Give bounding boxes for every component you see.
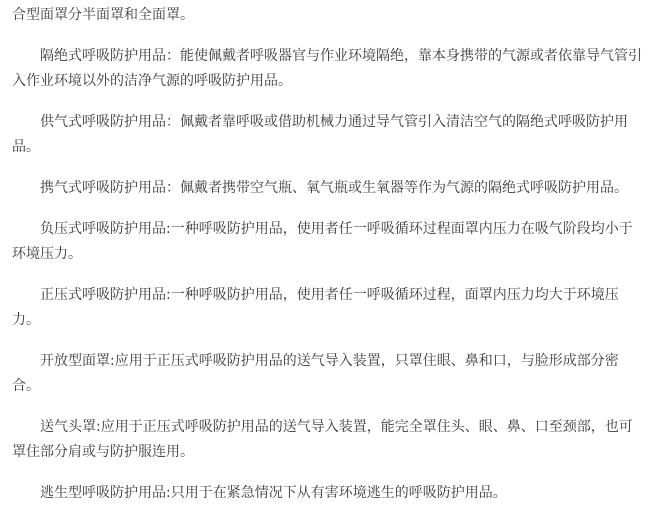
text-line: 环境压力。 [12, 242, 660, 267]
paragraph-mask-types-continuation: 合型面罩分半面罩和全面罩。 [12, 3, 660, 28]
paragraph-air-supplied-respirator: 供气式呼吸防护用品：佩戴者靠呼吸或借助机械力通过导气管引入清洁空气的隔绝式呼吸防… [12, 110, 660, 160]
text-line: 品。 [12, 135, 660, 160]
paragraph-positive-pressure-respirator: 正压式呼吸防护用品:一种呼吸防护用品，使用者任一呼吸循环过程，面罩内压力均大于环… [12, 283, 660, 333]
paragraph-open-type-facepiece: 开放型面罩:应用于正压式呼吸防护用品的送气导入装置，只罩住眼、鼻和口，与脸形成部… [12, 349, 660, 399]
text-line: 供气式呼吸防护用品：佩戴者靠呼吸或借助机械力通过导气管引入清洁空气的隔绝式呼吸防… [12, 110, 660, 135]
text-line: 送气头罩:应用于正压式呼吸防护用品的送气导入装置，能完全罩住头、眼、鼻、口至颈部… [12, 415, 660, 440]
text-line: 力。 [12, 308, 660, 333]
paragraph-isolation-respirator: 隔绝式呼吸防护用品：能使佩戴者呼吸器官与作业环境隔绝，靠本身携带的气源或者依靠导… [12, 44, 660, 94]
text-line: 逃生型呼吸防护用品:只用于在紧急情况下从有害环境逃生的呼吸防护用品。 [12, 481, 660, 506]
paragraph-air-supplied-hood: 送气头罩:应用于正压式呼吸防护用品的送气导入装置，能完全罩住头、眼、鼻、口至颈部… [12, 415, 660, 465]
text-line: 合型面罩分半面罩和全面罩。 [12, 3, 660, 28]
text-line: 开放型面罩:应用于正压式呼吸防护用品的送气导入装置，只罩住眼、鼻和口，与脸形成部… [12, 349, 660, 374]
text-line: 负压式呼吸防护用品:一种呼吸防护用品，使用者任一呼吸循环过程面罩内压力在吸气阶段… [12, 217, 660, 242]
paragraph-escape-respirator: 逃生型呼吸防护用品:只用于在紧急情况下从有害环境逃生的呼吸防护用品。 [12, 481, 660, 506]
paragraph-self-contained-respirator: 携气式呼吸防护用品：佩戴者携带空气瓶、氧气瓶或生氧器等作为气源的隔绝式呼吸防护用… [12, 176, 660, 201]
text-line: 正压式呼吸防护用品:一种呼吸防护用品，使用者任一呼吸循环过程，面罩内压力均大于环… [12, 283, 660, 308]
text-line: 合。 [12, 374, 660, 399]
text-line: 罩住部分肩或与防护服连用。 [12, 440, 660, 465]
text-line: 携气式呼吸防护用品：佩戴者携带空气瓶、氧气瓶或生氧器等作为气源的隔绝式呼吸防护用… [12, 176, 660, 201]
document-body: 合型面罩分半面罩和全面罩。 隔绝式呼吸防护用品：能使佩戴者呼吸器官与作业环境隔绝… [0, 0, 670, 506]
text-line: 隔绝式呼吸防护用品：能使佩戴者呼吸器官与作业环境隔绝，靠本身携带的气源或者依靠导… [12, 44, 660, 69]
paragraph-negative-pressure-respirator: 负压式呼吸防护用品:一种呼吸防护用品，使用者任一呼吸循环过程面罩内压力在吸气阶段… [12, 217, 660, 267]
text-line: 入作业环境以外的洁净气源的呼吸防护用品。 [12, 69, 660, 94]
